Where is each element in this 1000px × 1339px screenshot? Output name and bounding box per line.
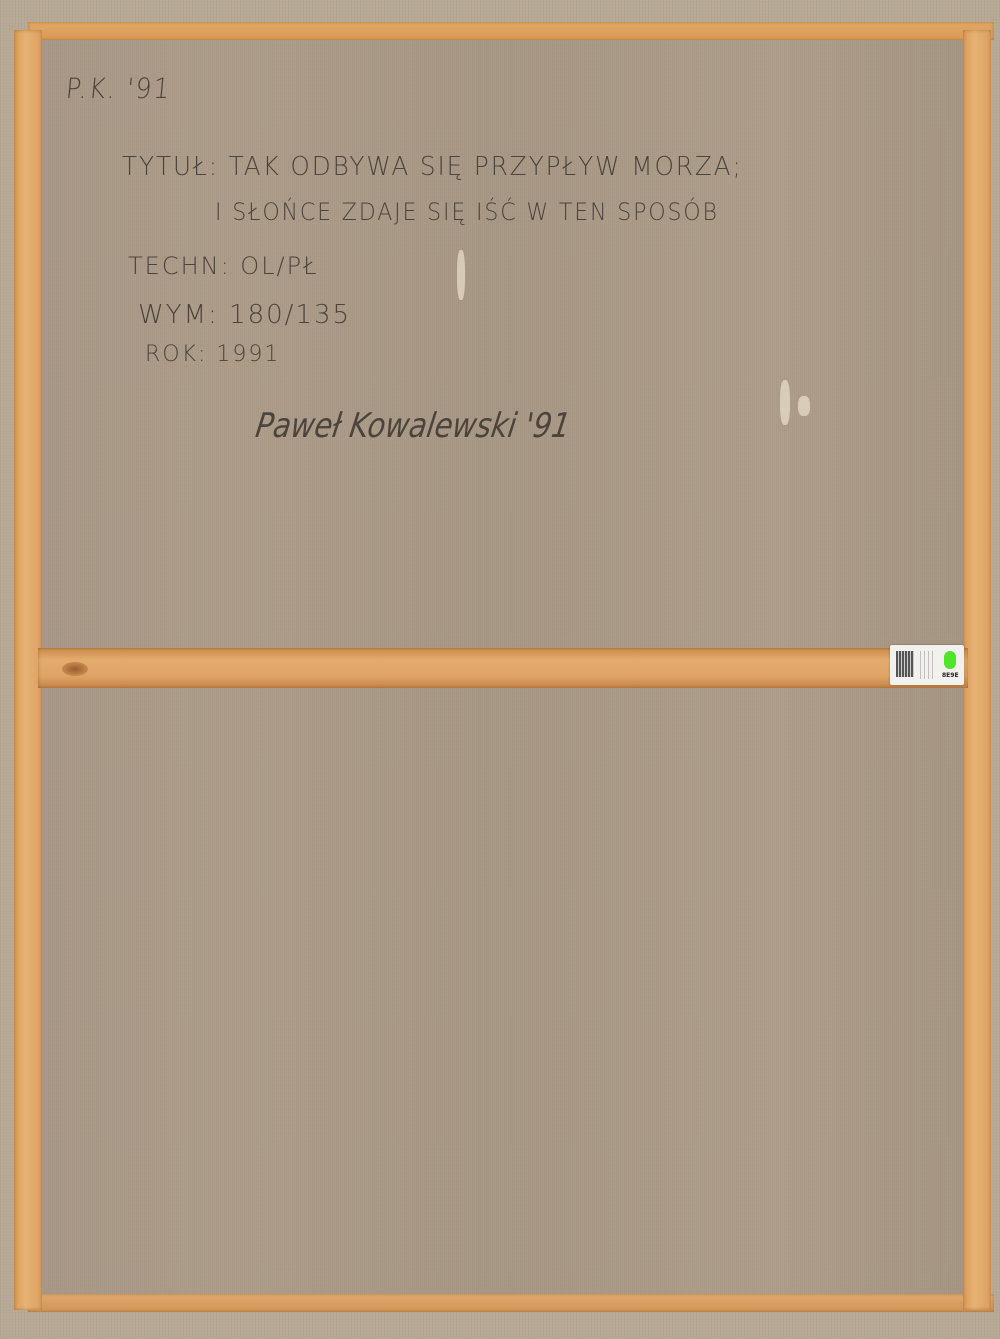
stretcher-bar-bottom: [28, 1294, 994, 1312]
stretcher-crossbar: [38, 648, 968, 688]
title-inscription-line-2: I SŁOŃCE ZDAJE SIĘ IŚĆ W TEN SPOSÓB: [215, 198, 719, 226]
technique-inscription: TECHN: OL/PŁ: [128, 252, 319, 280]
label-text-lines: [920, 651, 936, 679]
canvas-back-lower: [42, 688, 963, 1294]
paint-stain: [780, 380, 790, 425]
title-inscription-line-1: TYTUŁ: TAK ODBYWA SIĘ PRZYPŁYW MORZA;: [122, 152, 743, 182]
stretcher-bar-top: [28, 22, 994, 40]
year-inscription: ROK: 1991: [145, 342, 280, 367]
dimensions-inscription: WYM: 180/135: [138, 300, 351, 330]
artist-initials: P.K. '91: [64, 72, 172, 105]
paint-stain: [798, 396, 810, 416]
paint-stain: [457, 250, 465, 300]
barcode-icon: [896, 651, 914, 677]
green-marker-dot: [944, 651, 956, 669]
wood-knot: [62, 662, 88, 676]
label-code: 8E9E: [942, 672, 959, 679]
inventory-label: 8E9E: [890, 645, 964, 685]
artist-signature: Paweł Kowalewski '91: [253, 406, 573, 446]
